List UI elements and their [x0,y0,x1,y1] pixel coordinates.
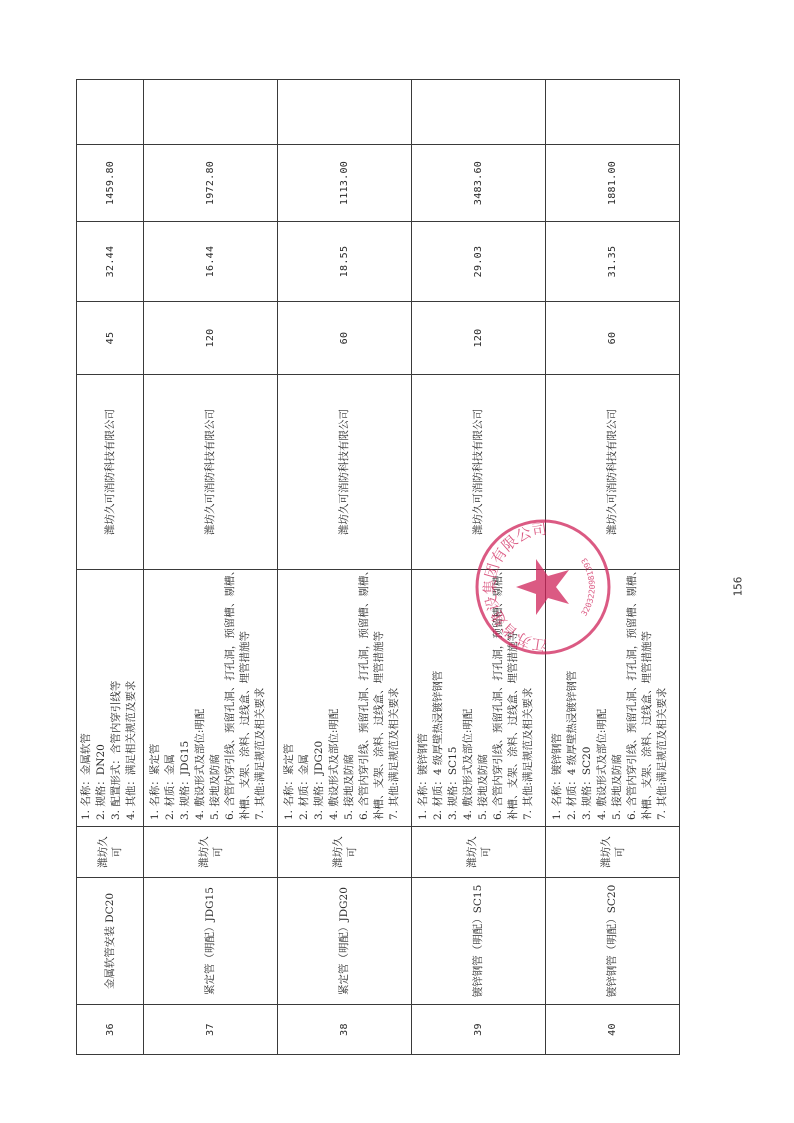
item-brand: 潍坊久可 [546,827,680,878]
item-index: 37 [144,1005,278,1055]
item-name: 镀锌钢管（明配）SC15 [412,878,546,1005]
item-description: 1. 名称：镀锌钢管2. 材质：4 级厚壁热浸镀锌钢管3. 规格：SC154. … [412,570,546,827]
item-quantity: 60 [278,302,412,375]
description-line: 2. 材质：金属 [297,576,312,820]
description-line: 补槽、支架、涂料、过线盒、埋管措施等 [372,576,387,820]
item-total: 1113.00 [278,145,412,222]
table-row: 37紧定管（明配）JDG15潍坊久可1. 名称：紧定管2. 材质：金属3. 规格… [144,80,278,1055]
description-line: 6. 含管内穿引线、预留孔洞、打孔洞，预留槽、剔槽、 [491,576,506,820]
supplier-company: 潍坊久可消防科技有限公司 [144,375,278,570]
description-line: 1. 名称：紧定管 [148,576,163,820]
item-name: 紧定管（明配）JDG15 [144,878,278,1005]
item-total: 1459.80 [77,145,144,222]
table-row: 40镀锌钢管（明配）SC20潍坊久可1. 名称：镀锌钢管2. 材质：4 级厚壁热… [546,80,680,1055]
item-description: 1. 名称：金属软管2. 规格：DN203. 配置形式：含管内穿引线等4. 其他… [77,570,144,827]
description-line: 2. 规格：DN20 [94,576,109,820]
item-brand: 潍坊久可 [412,827,546,878]
table-row: 38紧定管（明配）JDG20潍坊久可1. 名称：紧定管2. 材质：金属3. 规格… [278,80,412,1055]
price-table-sheet: 36金属软管安装 DC20潍坊久可1. 名称：金属软管2. 规格：DN203. … [76,80,680,1055]
item-remark [546,80,680,145]
item-total: 1972.80 [144,145,278,222]
item-name: 金属软管安装 DC20 [77,878,144,1005]
page-number: 156 [731,577,744,597]
description-line: 4. 敷设形式及部位:明配 [327,576,342,820]
item-remark [144,80,278,145]
description-line: 4. 敷设形式及部位:明配 [595,576,610,820]
item-index: 38 [278,1005,412,1055]
item-description: 1. 名称：紧定管2. 材质：金属3. 规格：JDG204. 敷设形式及部位:明… [278,570,412,827]
item-brand: 潍坊久可 [144,827,278,878]
description-line: 4. 其他：满足相关规范及要求 [124,576,139,820]
item-remark [77,80,144,145]
description-line: 7. 其他:满足规范及相关要求 [387,576,402,820]
supplier-company: 潍坊久可消防科技有限公司 [412,375,546,570]
item-description: 1. 名称：镀锌钢管2. 材质：4 级厚壁热浸镀锌钢管3. 规格：SC204. … [546,570,680,827]
description-line: 2. 材质：金属 [163,576,178,820]
brand-line: 可 [613,831,627,873]
supplier-company: 潍坊久可消防科技有限公司 [278,375,412,570]
description-line: 补槽、支架、涂料、过线盒、埋管措施等 [506,576,521,820]
brand-line: 潍坊久 [599,831,613,873]
item-remark [278,80,412,145]
item-brand: 潍坊久可 [77,827,144,878]
brand-line: 可 [110,831,124,873]
description-line: 1. 名称：镀锌钢管 [550,576,565,820]
item-unit-price: 32.44 [77,222,144,302]
brand-line: 可 [345,831,359,873]
item-total: 1881.00 [546,145,680,222]
item-name: 紧定管（明配）JDG20 [278,878,412,1005]
item-remark [412,80,546,145]
item-unit-price: 18.55 [278,222,412,302]
description-line: 5. 接地及防腐 [610,576,625,820]
supplier-company: 潍坊久可消防科技有限公司 [546,375,680,570]
item-index: 39 [412,1005,546,1055]
description-line: 2. 材质：4 级厚壁热浸镀锌钢管 [565,576,580,820]
item-unit-price: 29.03 [412,222,546,302]
item-quantity: 60 [546,302,680,375]
item-quantity: 45 [77,302,144,375]
price-table: 36金属软管安装 DC20潍坊久可1. 名称：金属软管2. 规格：DN203. … [76,79,680,1055]
item-index: 36 [77,1005,144,1055]
brand-line: 潍坊久 [465,831,479,873]
description-line: 3. 规格：JDG15 [178,576,193,820]
item-index: 40 [546,1005,680,1055]
description-line: 5. 接地及防腐 [208,576,223,820]
table-row: 36金属软管安装 DC20潍坊久可1. 名称：金属软管2. 规格：DN203. … [77,80,144,1055]
description-line: 6. 含管内穿引线、预留孔洞、打孔洞，预留槽、剔槽、 [357,576,372,820]
item-unit-price: 31.35 [546,222,680,302]
description-line: 3. 规格：JDG20 [312,576,327,820]
description-line: 3. 规格：SC15 [446,576,461,820]
brand-line: 潍坊久 [96,831,110,873]
description-line: 1. 名称：紧定管 [282,576,297,820]
description-line: 7. 其他:满足规范及相关要求 [253,576,268,820]
description-line: 补槽、支架、涂料、过线盒、埋管措施等 [238,576,253,820]
description-line: 5. 接地及防腐 [342,576,357,820]
description-line: 2. 材质：4 级厚壁热浸镀锌钢管 [431,576,446,820]
item-unit-price: 16.44 [144,222,278,302]
description-line: 1. 名称：金属软管 [79,576,94,820]
description-line: 3. 规格：SC20 [580,576,595,820]
item-quantity: 120 [144,302,278,375]
description-line: 6. 含管内穿引线、预留孔洞、打孔洞，预留槽、剔槽、 [625,576,640,820]
item-name: 镀锌钢管（明配）SC20 [546,878,680,1005]
description-line: 4. 敷设形式及部位:明配 [193,576,208,820]
brand-line: 潍坊久 [197,831,211,873]
supplier-company: 潍坊久可消防科技有限公司 [77,375,144,570]
description-line: 7. 其他:满足规范及相关要求 [521,576,536,820]
description-line: 1. 名称：镀锌钢管 [416,576,431,820]
item-total: 3483.60 [412,145,546,222]
item-brand: 潍坊久可 [278,827,412,878]
item-description: 1. 名称：紧定管2. 材质：金属3. 规格：JDG154. 敷设形式及部位:明… [144,570,278,827]
brand-line: 可 [479,831,493,873]
description-line: 3. 配置形式：含管内穿引线等 [109,576,124,820]
description-line: 补槽、支架、涂料、过线盒、埋管措施等 [640,576,655,820]
item-quantity: 120 [412,302,546,375]
description-line: 5. 接地及防腐 [476,576,491,820]
description-line: 6. 含管内穿引线、预留孔洞、打孔洞，预留槽、剔槽、 [223,576,238,820]
brand-line: 潍坊久 [331,831,345,873]
description-line: 4. 敷设形式及部位:明配 [461,576,476,820]
brand-line: 可 [211,831,225,873]
description-line: 7. 其他:满足规范及相关要求 [655,576,670,820]
table-row: 39镀锌钢管（明配）SC15潍坊久可1. 名称：镀锌钢管2. 材质：4 级厚壁热… [412,80,546,1055]
